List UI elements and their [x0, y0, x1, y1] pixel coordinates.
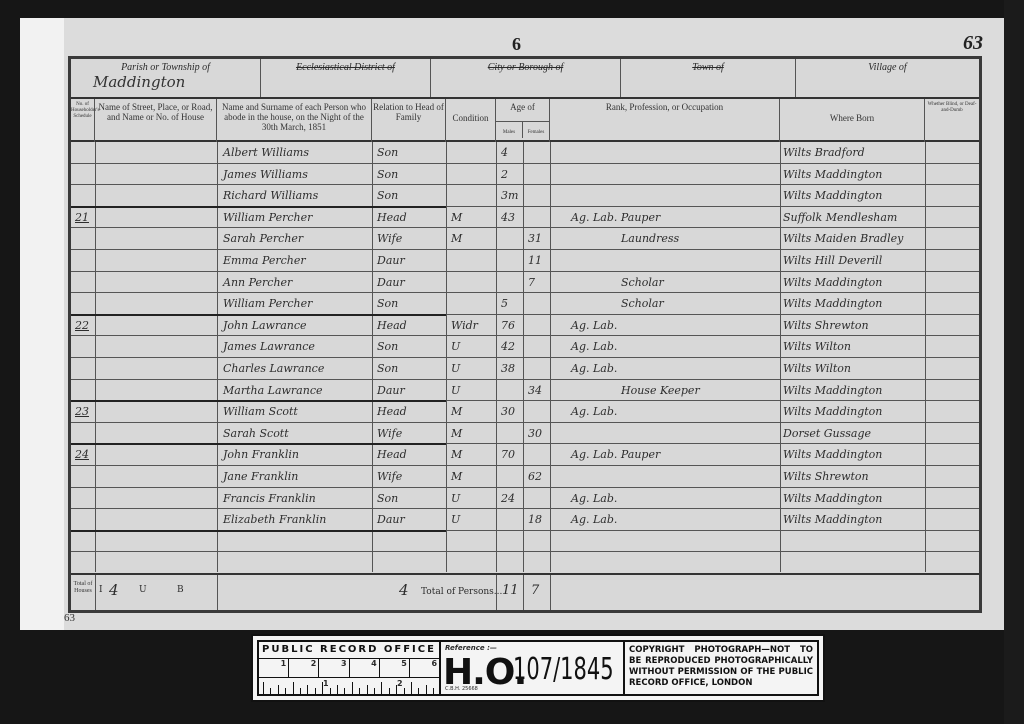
cell-born: Wilts Shrewton [783, 470, 869, 483]
cell-name: Charles Lawrance [223, 362, 324, 375]
cell-female: 34 [528, 384, 542, 397]
cell-relation: Daur [377, 384, 405, 397]
row-divider [71, 335, 979, 336]
cell-schedule: 23 [75, 405, 89, 418]
col-born: Where Born [780, 99, 925, 142]
ruler-tick [418, 688, 419, 694]
males-total: 11 [502, 583, 519, 598]
cell-relation: Wife [377, 427, 402, 440]
cbh-code: C.B.H. 25668 [445, 686, 478, 692]
row-divider [446, 206, 979, 207]
cell-born: Wilts Maddington [783, 405, 882, 418]
cell-name: Sarah Percher [223, 232, 303, 245]
cell-born: Wilts Shrewton [783, 319, 869, 332]
cell-condition: U [451, 340, 460, 353]
row-divider [71, 379, 979, 380]
ruler-tick [270, 688, 271, 694]
cell-schedule: 22 [75, 319, 89, 332]
row-divider [71, 314, 446, 316]
cell-name: William Scott [223, 405, 298, 418]
ruler-mark: 1 [259, 659, 289, 677]
cell-female: 11 [528, 254, 542, 267]
cell-name: Elizabeth Franklin [223, 513, 326, 526]
cell-occupation: House Keeper [621, 384, 700, 397]
cell-schedule: 21 [75, 211, 89, 224]
females-label: Females [523, 122, 549, 138]
village-label: Village of [796, 59, 979, 97]
scale-ruler: 1 2 3 4 5 6 1 2 [259, 658, 439, 694]
cell-condition: M [451, 405, 462, 418]
ruler-tick [330, 688, 331, 694]
ruler-tick [433, 688, 434, 694]
cell-born: Wilts Maddington [783, 513, 882, 526]
row-divider [71, 465, 979, 466]
cell-relation: Daur [377, 276, 405, 289]
cell-born: Wilts Bradford [783, 146, 865, 159]
ruler-tick [263, 682, 264, 694]
ruler-tick [404, 688, 405, 694]
ruler-tick [389, 688, 390, 694]
cell-name: Martha Lawrance [223, 384, 323, 397]
cell-condition: M [451, 211, 462, 224]
ruler-mark: 5 [380, 659, 410, 677]
row-divider [71, 227, 979, 228]
ruler-inch-2: 2 [397, 679, 403, 688]
cell-relation: Son [377, 189, 398, 202]
cell-born: Wilts Maddington [783, 189, 882, 202]
inhabited-count: 4 [109, 581, 119, 599]
ruler-mark: 4 [350, 659, 380, 677]
col-relation: Relation to Head of Family [372, 99, 446, 142]
cell-born: Dorset Gussage [783, 427, 871, 440]
ecclesiastical-label: Ecclesiastical District of [261, 59, 431, 97]
col-name: Name and Surname of each Person who abod… [217, 99, 372, 142]
cell-female: 7 [528, 276, 535, 289]
cell-name: John Lawrance [223, 319, 307, 332]
row-divider [71, 184, 979, 185]
cell-name: John Franklin [223, 448, 299, 461]
cell-relation: Head [377, 319, 407, 332]
ruler-inch-1: 1 [323, 679, 329, 688]
cell-occupation: Scholar [621, 297, 664, 310]
cell-born: Wilts Maddington [783, 168, 882, 181]
cell-name: Ann Percher [223, 276, 292, 289]
cell-condition: U [451, 362, 460, 375]
cell-female: 62 [528, 470, 542, 483]
cell-relation: Son [377, 146, 398, 159]
ruler-tick [396, 685, 397, 694]
ruler-tick [322, 682, 323, 694]
ruler-tick [411, 682, 412, 694]
col-blind: Whether Blind, or Deaf-and-Dumb [925, 99, 979, 142]
parish-cell: Parish or Township of Maddington [71, 59, 261, 97]
cell-born: Suffolk Mendlesham [783, 211, 897, 224]
cell-male: 4 [501, 146, 508, 159]
folio-number-center: 6 [512, 34, 521, 55]
ruler-mark: 6 [410, 659, 439, 677]
parish-value: Maddington [93, 73, 185, 91]
ruler-tick [344, 688, 345, 694]
cell-name: James Lawrance [223, 340, 315, 353]
ruler-tick [374, 688, 375, 694]
cell-occupation: Laundress [621, 232, 679, 245]
pro-ruler-block: PUBLIC RECORD OFFICE 1 2 3 4 5 6 1 2 [259, 642, 441, 694]
reference-block: Reference :— H.O. 107/1845 C.B.H. 25668 [441, 642, 625, 694]
cell-name: Jane Franklin [223, 470, 298, 483]
cell-name: Francis Franklin [223, 492, 316, 505]
cell-relation: Head [377, 211, 407, 224]
age-label: Age of [510, 102, 535, 112]
col-street: Name of Street, Place, or Road, and Name… [95, 99, 217, 142]
folio-number-right: 63 [963, 32, 983, 55]
row-divider [71, 530, 446, 532]
cell-occupation: Scholar [621, 276, 664, 289]
cell-condition: U [451, 492, 460, 505]
ruler-tick [307, 685, 308, 694]
cell-relation: Head [377, 448, 407, 461]
col-schedule: No. of Householder's Schedule [71, 99, 95, 142]
parish-label: Parish or Township of [121, 62, 210, 73]
cell-male: 30 [501, 405, 515, 418]
cell-condition: M [451, 448, 462, 461]
row-divider [71, 357, 979, 358]
cell-relation: Daur [377, 513, 405, 526]
cell-name: William Percher [223, 297, 312, 310]
cell-female: 31 [528, 232, 542, 245]
cell-name: Albert Williams [223, 146, 309, 159]
cell-occupation: Ag. Lab. [571, 492, 617, 505]
cell-born: Wilts Maddington [783, 492, 882, 505]
ruler-tick [381, 682, 382, 694]
row-divider [71, 487, 979, 488]
cell-name: Richard Williams [223, 189, 318, 202]
cell-name: James Williams [223, 168, 308, 181]
inhabited-prefix: I [99, 585, 103, 595]
cell-born: Wilts Maddington [783, 297, 882, 310]
ruler-mark: 3 [319, 659, 349, 677]
cell-condition: Widr [451, 319, 478, 332]
cell-relation: Wife [377, 470, 402, 483]
houses-total-label: Total of Houses [71, 581, 95, 595]
column-headers: No. of Householder's Schedule Name of St… [71, 99, 979, 142]
row-divider [71, 206, 446, 208]
totals-row: Total of Houses I 4 U B 4 Total of Perso… [71, 573, 979, 610]
cell-born: Wilts Maddington [783, 276, 882, 289]
row-divider [446, 530, 979, 531]
cell-relation: Son [377, 297, 398, 310]
cell-born: Wilts Maddington [783, 448, 882, 461]
cell-name: Sarah Scott [223, 427, 289, 440]
cell-born: Wilts Wilton [783, 340, 851, 353]
location-header: Parish or Township of Maddington Ecclesi… [71, 59, 979, 99]
ruler-tick [359, 688, 360, 694]
row-divider [446, 400, 979, 401]
cell-condition: M [451, 470, 462, 483]
cell-condition: M [451, 427, 462, 440]
cell-male: 76 [501, 319, 515, 332]
cell-relation: Son [377, 492, 398, 505]
row-divider [446, 443, 979, 444]
ruler-tick [352, 682, 353, 694]
cell-occupation: Ag. Lab. [571, 405, 617, 418]
copyright-notice: COPYRIGHT PHOTOGRAPH—NOT TO BE REPRODUCE… [625, 642, 817, 694]
row-divider [71, 508, 979, 509]
cell-relation: Head [377, 405, 407, 418]
row-divider [71, 249, 979, 250]
cell-male: 42 [501, 340, 515, 353]
cell-female: 30 [528, 427, 542, 440]
cell-born: Wilts Wilton [783, 362, 851, 375]
row-divider [71, 443, 446, 445]
cell-relation: Daur [377, 254, 405, 267]
ruler-tick [300, 688, 301, 694]
cell-occupation: Ag. Lab. Pauper [571, 211, 660, 224]
cell-male: 24 [501, 492, 515, 505]
persons-total-label: Total of Persons... [421, 587, 502, 597]
ruler-tick [278, 685, 279, 694]
cell-occupation: Ag. Lab. [571, 362, 617, 375]
office-name: PUBLIC RECORD OFFICE [259, 642, 439, 655]
col-age: Age of Males Females [496, 99, 550, 142]
building-prefix: B [177, 585, 184, 595]
row-divider [71, 551, 979, 552]
cell-female: 18 [528, 513, 542, 526]
row-divider [71, 400, 446, 402]
cell-relation: Wife [377, 232, 402, 245]
reference-tag: PUBLIC RECORD OFFICE 1 2 3 4 5 6 1 2 Ref… [251, 634, 825, 702]
city-label: City or Borough of [431, 59, 621, 97]
cell-condition: U [451, 513, 460, 526]
ruler-mark: 2 [289, 659, 319, 677]
cell-male: 38 [501, 362, 515, 375]
cell-born: Wilts Maddington [783, 384, 882, 397]
uninhabited-prefix: U [139, 585, 147, 595]
col-condition: Condition [446, 99, 496, 142]
row-divider [446, 314, 979, 315]
cell-male: 2 [501, 168, 508, 181]
cell-occupation: Ag. Lab. [571, 319, 617, 332]
cell-relation: Son [377, 168, 398, 181]
ruler-tick [367, 685, 368, 694]
cell-occupation: Ag. Lab. [571, 340, 617, 353]
reference-label: Reference :— [445, 644, 497, 652]
ruler-tick [285, 688, 286, 694]
cell-condition: U [451, 384, 460, 397]
ruler-tick [315, 688, 316, 694]
schedules-total: 4 [399, 581, 409, 599]
cell-relation: Son [377, 362, 398, 375]
row-divider [71, 422, 979, 423]
background-edge [1004, 0, 1024, 724]
cell-occupation: Ag. Lab. [571, 513, 617, 526]
ruler-tick [426, 685, 427, 694]
cell-born: Wilts Hill Deverill [783, 254, 882, 267]
cell-name: Emma Percher [223, 254, 306, 267]
row-divider [71, 163, 979, 164]
cell-male: 70 [501, 448, 515, 461]
cell-schedule: 24 [75, 448, 89, 461]
town-label: Town of [621, 59, 796, 97]
col-occupation: Rank, Profession, or Occupation [550, 99, 780, 142]
cell-male: 43 [501, 211, 515, 224]
piece-number: 107/1845 [513, 652, 614, 687]
cell-relation: Son [377, 340, 398, 353]
page-margin [20, 18, 64, 630]
margin-note: 63 [64, 612, 75, 624]
ruler-tick [337, 685, 338, 694]
cell-condition: M [451, 232, 462, 245]
cell-male: 5 [501, 297, 508, 310]
cell-male: 3m [501, 189, 518, 202]
cell-occupation: Ag. Lab. Pauper [571, 448, 660, 461]
males-label: Males [496, 122, 523, 138]
cell-name: William Percher [223, 211, 312, 224]
row-divider [71, 271, 979, 272]
ruler-tick [293, 682, 294, 694]
cell-born: Wilts Maiden Bradley [783, 232, 903, 245]
census-form: Parish or Township of Maddington Ecclesi… [68, 56, 982, 613]
row-divider [71, 292, 979, 293]
females-total: 7 [531, 583, 539, 598]
